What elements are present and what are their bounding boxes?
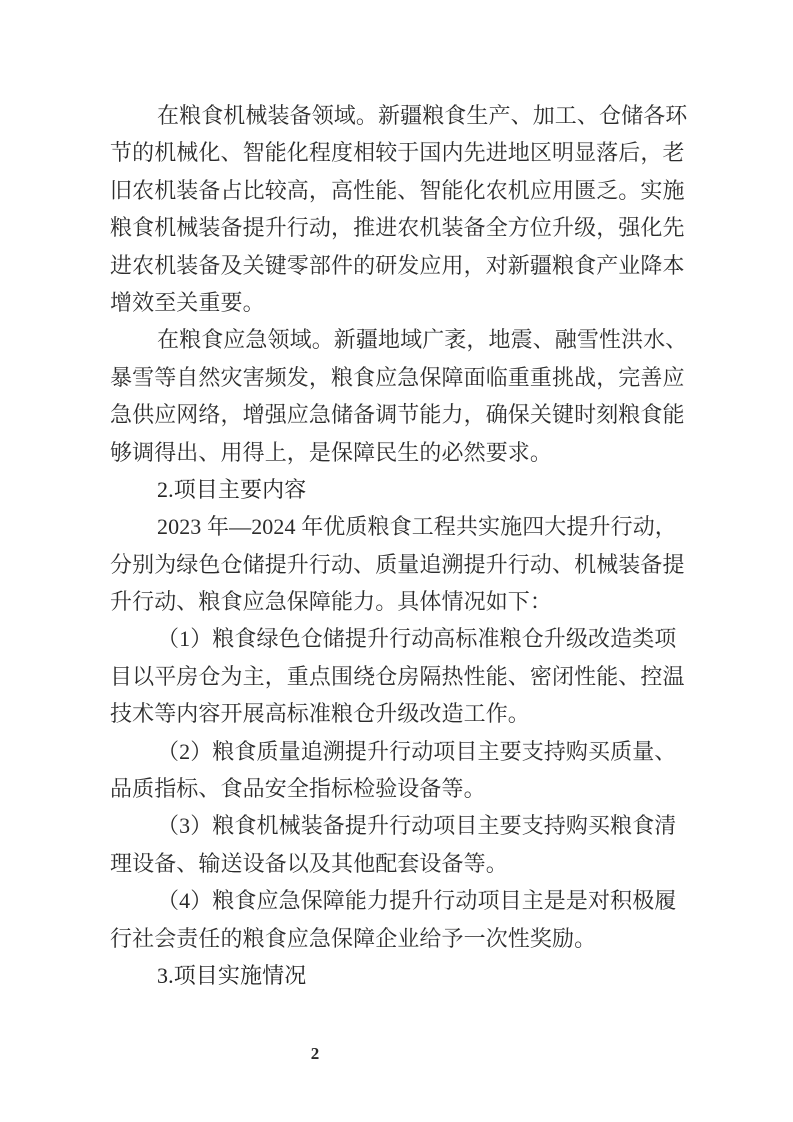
text-line: 在粮食应急领域。新疆地域广袤，地震、融雪性洪水、	[110, 321, 690, 358]
paragraph-item-1-green-storage: （1）粮食绿色仓储提升行动高标准粮仓升级改造类项 目以平房仓为主，重点围绕仓房隔…	[110, 620, 690, 732]
text-line: （3）粮食机械装备提升行动项目主要支持购买粮食清	[110, 807, 690, 844]
paragraph-grain-emergency-domain: 在粮食应急领域。新疆地域广袤，地震、融雪性洪水、 暴雪等自然灾害频发，粮食应急保…	[110, 321, 690, 471]
text-line: 暴雪等自然灾害频发，粮食应急保障面临重重挑战，完善应	[110, 359, 690, 396]
text-line: 粮食机械装备提升行动，推进农机装备全方位升级，强化先	[110, 209, 690, 246]
section-heading-project-main-content: 2.项目主要内容	[110, 471, 690, 508]
document-page: 在粮食机械装备领域。新疆粮食生产、加工、仓储各环 节的机械化、智能化程度相较于国…	[0, 0, 793, 1122]
paragraph-grain-machinery-domain: 在粮食机械装备领域。新疆粮食生产、加工、仓储各环 节的机械化、智能化程度相较于国…	[110, 97, 690, 321]
text-line: 目以平房仓为主，重点围绕仓房隔热性能、密闭性能、控温	[110, 658, 690, 695]
text-line: 行社会责任的粮食应急保障企业给予一次性奖励。	[110, 920, 690, 957]
section-heading-project-implementation: 3.项目实施情况	[110, 957, 690, 994]
text-line: 够调得出、用得上，是保障民生的必然要求。	[110, 434, 690, 471]
text-line: （4）粮食应急保障能力提升行动项目主是是对积极履	[110, 882, 690, 919]
text-line: 分别为绿色仓储提升行动、质量追溯提升行动、机械装备提	[110, 546, 690, 583]
text-line: 进农机装备及关键零部件的研发应用，对新疆粮食产业降本	[110, 247, 690, 284]
text-line: 在粮食机械装备领域。新疆粮食生产、加工、仓储各环	[110, 97, 690, 134]
section-heading: 3.项目实施情况	[110, 957, 690, 994]
paragraph-item-3-machinery-equipment: （3）粮食机械装备提升行动项目主要支持购买粮食清 理设备、输送设备以及其他配套设…	[110, 807, 690, 882]
text-line: 升行动、粮食应急保障能力。具体情况如下：	[110, 583, 690, 620]
text-line: 理设备、输送设备以及其他配套设备等。	[110, 845, 690, 882]
text-line: 2023 年—2024 年优质粮食工程共实施四大提升行动，	[110, 508, 690, 545]
text-line: 增效至关重要。	[110, 284, 690, 321]
text-line: 旧农机装备占比较高，高性能、智能化农机应用匮乏。实施	[110, 172, 690, 209]
paragraph-four-actions-overview: 2023 年—2024 年优质粮食工程共实施四大提升行动， 分别为绿色仓储提升行…	[110, 508, 690, 620]
text-line: （1）粮食绿色仓储提升行动高标准粮仓升级改造类项	[110, 620, 690, 657]
paragraph-item-2-quality-traceability: （2）粮食质量追溯提升行动项目主要支持购买质量、 品质指标、食品安全指标检验设备…	[110, 733, 690, 808]
text-line: 技术等内容开展高标准粮仓升级改造工作。	[110, 695, 690, 732]
text-line: 急供应网络，增强应急储备调节能力，确保关键时刻粮食能	[110, 396, 690, 433]
section-heading: 2.项目主要内容	[110, 471, 690, 508]
page-body: 在粮食机械装备领域。新疆粮食生产、加工、仓储各环 节的机械化、智能化程度相较于国…	[110, 97, 690, 994]
text-line: 节的机械化、智能化程度相较于国内先进地区明显落后，老	[110, 134, 690, 171]
text-line: （2）粮食质量追溯提升行动项目主要支持购买质量、	[110, 733, 690, 770]
text-line: 品质指标、食品安全指标检验设备等。	[110, 770, 690, 807]
page-number: 2	[303, 1044, 327, 1064]
paragraph-item-4-emergency-support: （4）粮食应急保障能力提升行动项目主是是对积极履 行社会责任的粮食应急保障企业给…	[110, 882, 690, 957]
